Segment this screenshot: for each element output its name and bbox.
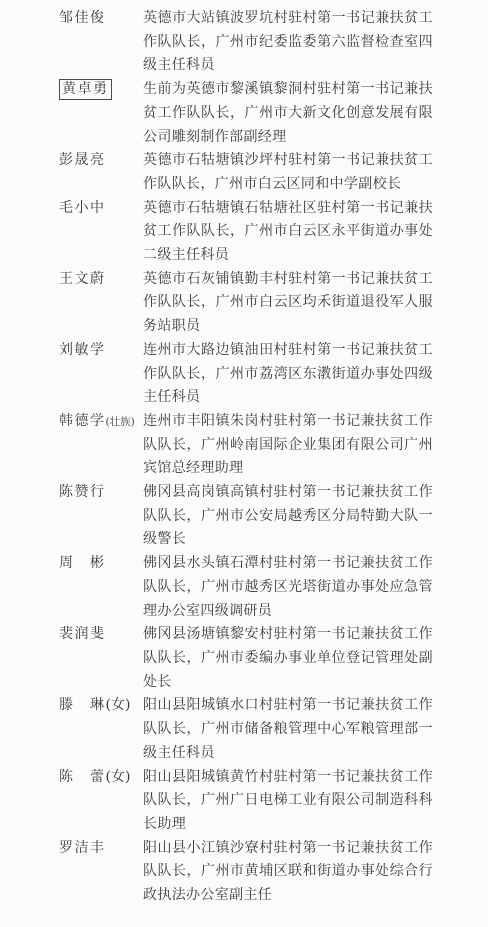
entry-description: 阳山县阳城镇黄竹村驻村第一书记兼扶贫工作队队长，广州广日电梯工业有限公司制造科科… bbox=[143, 766, 433, 837]
entry-row: 王文蔚 英德市石灰铺镇勤丰村驻村第一书记兼扶贫工作队队长，广州市白云区均禾街道退… bbox=[59, 268, 488, 339]
entry-name: 滕 琳(女) bbox=[59, 694, 143, 718]
entry-row: 罗洁丰 阳山县小江镇沙寮村驻村第一书记兼扶贫工作队队长，广州市黄埔区联和街道办事… bbox=[59, 837, 488, 908]
entry-description: 英德市石牯塘镇沙坪村驻村第一书记兼扶贫工作队队长，广州市白云区同和中学副校长 bbox=[143, 149, 433, 196]
person-gender-note: (女) bbox=[106, 697, 131, 713]
entry-name: 黄卓勇 bbox=[59, 78, 143, 102]
entry-row: 彭晟亮 英德市石牯塘镇沙坪村驻村第一书记兼扶贫工作队队长，广州市白云区同和中学副… bbox=[59, 149, 488, 196]
entry-name: 彭晟亮 bbox=[59, 149, 143, 173]
entry-row: 刘敏学 连州市大路边镇油田村驻村第一书记兼扶贫工作队队长，广州市荔湾区东漖街道办… bbox=[59, 339, 488, 410]
person-name: 王文蔚 bbox=[59, 271, 106, 287]
entry-description: 连州市大路边镇油田村驻村第一书记兼扶贫工作队队长，广州市荔湾区东漖街道办事处四级… bbox=[143, 339, 433, 410]
person-name: 周 彬 bbox=[59, 555, 106, 571]
entry-row: 周 彬 佛冈县水头镇石潭村驻村第一书记兼扶贫工作队队长，广州市越秀区光塔街道办事… bbox=[59, 552, 488, 623]
entry-description: 连州市丰阳镇朱岗村驻村第一书记兼扶贫工作队队长，广州岭南国际企业集团有限公司广州… bbox=[143, 410, 433, 481]
entry-description: 英德市石牯塘镇石牯塘社区驻村第一书记兼扶贫工作队队长，广州市白云区永平街道办事处… bbox=[143, 197, 433, 268]
person-name: 陈 蕾 bbox=[59, 769, 106, 785]
entry-name: 罗洁丰 bbox=[59, 837, 143, 861]
person-name: 裴润斐 bbox=[59, 626, 106, 642]
entry-row: 陈赞行 佛冈县高岗镇高镇村驻村第一书记兼扶贫工作队队长，广州市公安局越秀区分局特… bbox=[59, 481, 488, 552]
entry-name: 毛小中 bbox=[59, 197, 143, 221]
entry-row: 陈 蕾(女) 阳山县阳城镇黄竹村驻村第一书记兼扶贫工作队队长，广州广日电梯工业有… bbox=[59, 766, 488, 837]
entry-name: 刘敏学 bbox=[59, 339, 143, 363]
person-name-boxed: 黄卓勇 bbox=[59, 79, 112, 100]
entry-description: 生前为英德市黎溪镇黎洞村驻村第一书记兼扶贫工作队队长，广州市大新文化创意发展有限… bbox=[143, 78, 433, 149]
entry-description: 英德市大站镇波罗坑村驻村第一书记兼扶贫工作队队长，广州市纪委监委第六监督检查室四… bbox=[143, 7, 433, 78]
person-gender-note: (女) bbox=[106, 769, 131, 785]
entry-name: 陈赞行 bbox=[59, 481, 143, 505]
entry-description: 佛冈县汤塘镇黎安村驻村第一书记兼扶贫工作队队长，广州市委编办事业单位登记管理处副… bbox=[143, 623, 433, 694]
entry-row: 滕 琳(女) 阳山县阳城镇水口村驻村第一书记兼扶贫工作队队长，广州市储备粮管理中… bbox=[59, 694, 488, 765]
entry-row: 裴润斐 佛冈县汤塘镇黎安村驻村第一书记兼扶贫工作队队长，广州市委编办事业单位登记… bbox=[59, 623, 488, 694]
person-name: 韩德学 bbox=[59, 413, 106, 429]
person-name: 陈赞行 bbox=[59, 484, 106, 500]
person-name: 罗洁丰 bbox=[59, 840, 106, 856]
entry-name: 裴润斐 bbox=[59, 623, 143, 647]
entry-row: 邹佳俊 英德市大站镇波罗坑村驻村第一书记兼扶贫工作队队长，广州市纪委监委第六监督… bbox=[59, 7, 488, 78]
person-name: 毛小中 bbox=[59, 200, 106, 216]
entry-name: 邹佳俊 bbox=[59, 7, 143, 31]
entry-description: 阳山县小江镇沙寮村驻村第一书记兼扶贫工作队队长，广州市黄埔区联和街道办事处综合行… bbox=[143, 837, 433, 908]
person-name: 滕 琳 bbox=[59, 697, 106, 713]
document-page: 邹佳俊 英德市大站镇波罗坑村驻村第一书记兼扶贫工作队队长，广州市纪委监委第六监督… bbox=[0, 0, 488, 927]
person-name: 刘敏学 bbox=[59, 342, 106, 358]
person-name: 邹佳俊 bbox=[59, 10, 106, 26]
entry-row: 毛小中 英德市石牯塘镇石牯塘社区驻村第一书记兼扶贫工作队队长，广州市白云区永平街… bbox=[59, 197, 488, 268]
person-ethnicity-note: (壮族) bbox=[106, 416, 135, 428]
entry-description: 佛冈县水头镇石潭村驻村第一书记兼扶贫工作队队长，广州市越秀区光塔街道办事处应急管… bbox=[143, 552, 433, 623]
entry-row: 韩德学(壮族) 连州市丰阳镇朱岗村驻村第一书记兼扶贫工作队队长，广州岭南国际企业… bbox=[59, 410, 488, 481]
entry-name: 王文蔚 bbox=[59, 268, 143, 292]
entry-name: 陈 蕾(女) bbox=[59, 766, 143, 790]
entry-row: 黄卓勇 生前为英德市黎溪镇黎洞村驻村第一书记兼扶贫工作队队长，广州市大新文化创意… bbox=[59, 78, 488, 149]
entry-description: 阳山县阳城镇水口村驻村第一书记兼扶贫工作队队长，广州市储备粮管理中心军粮管理部一… bbox=[143, 694, 433, 765]
entry-name: 韩德学(壮族) bbox=[59, 410, 143, 435]
entry-description: 英德市石灰铺镇勤丰村驻村第一书记兼扶贫工作队队长，广州市白云区均禾街道退役军人服… bbox=[143, 268, 433, 339]
entry-name: 周 彬 bbox=[59, 552, 143, 576]
person-name: 彭晟亮 bbox=[59, 152, 106, 168]
entry-description: 佛冈县高岗镇高镇村驻村第一书记兼扶贫工作队队长，广州市公安局越秀区分局特勤大队一… bbox=[143, 481, 433, 552]
